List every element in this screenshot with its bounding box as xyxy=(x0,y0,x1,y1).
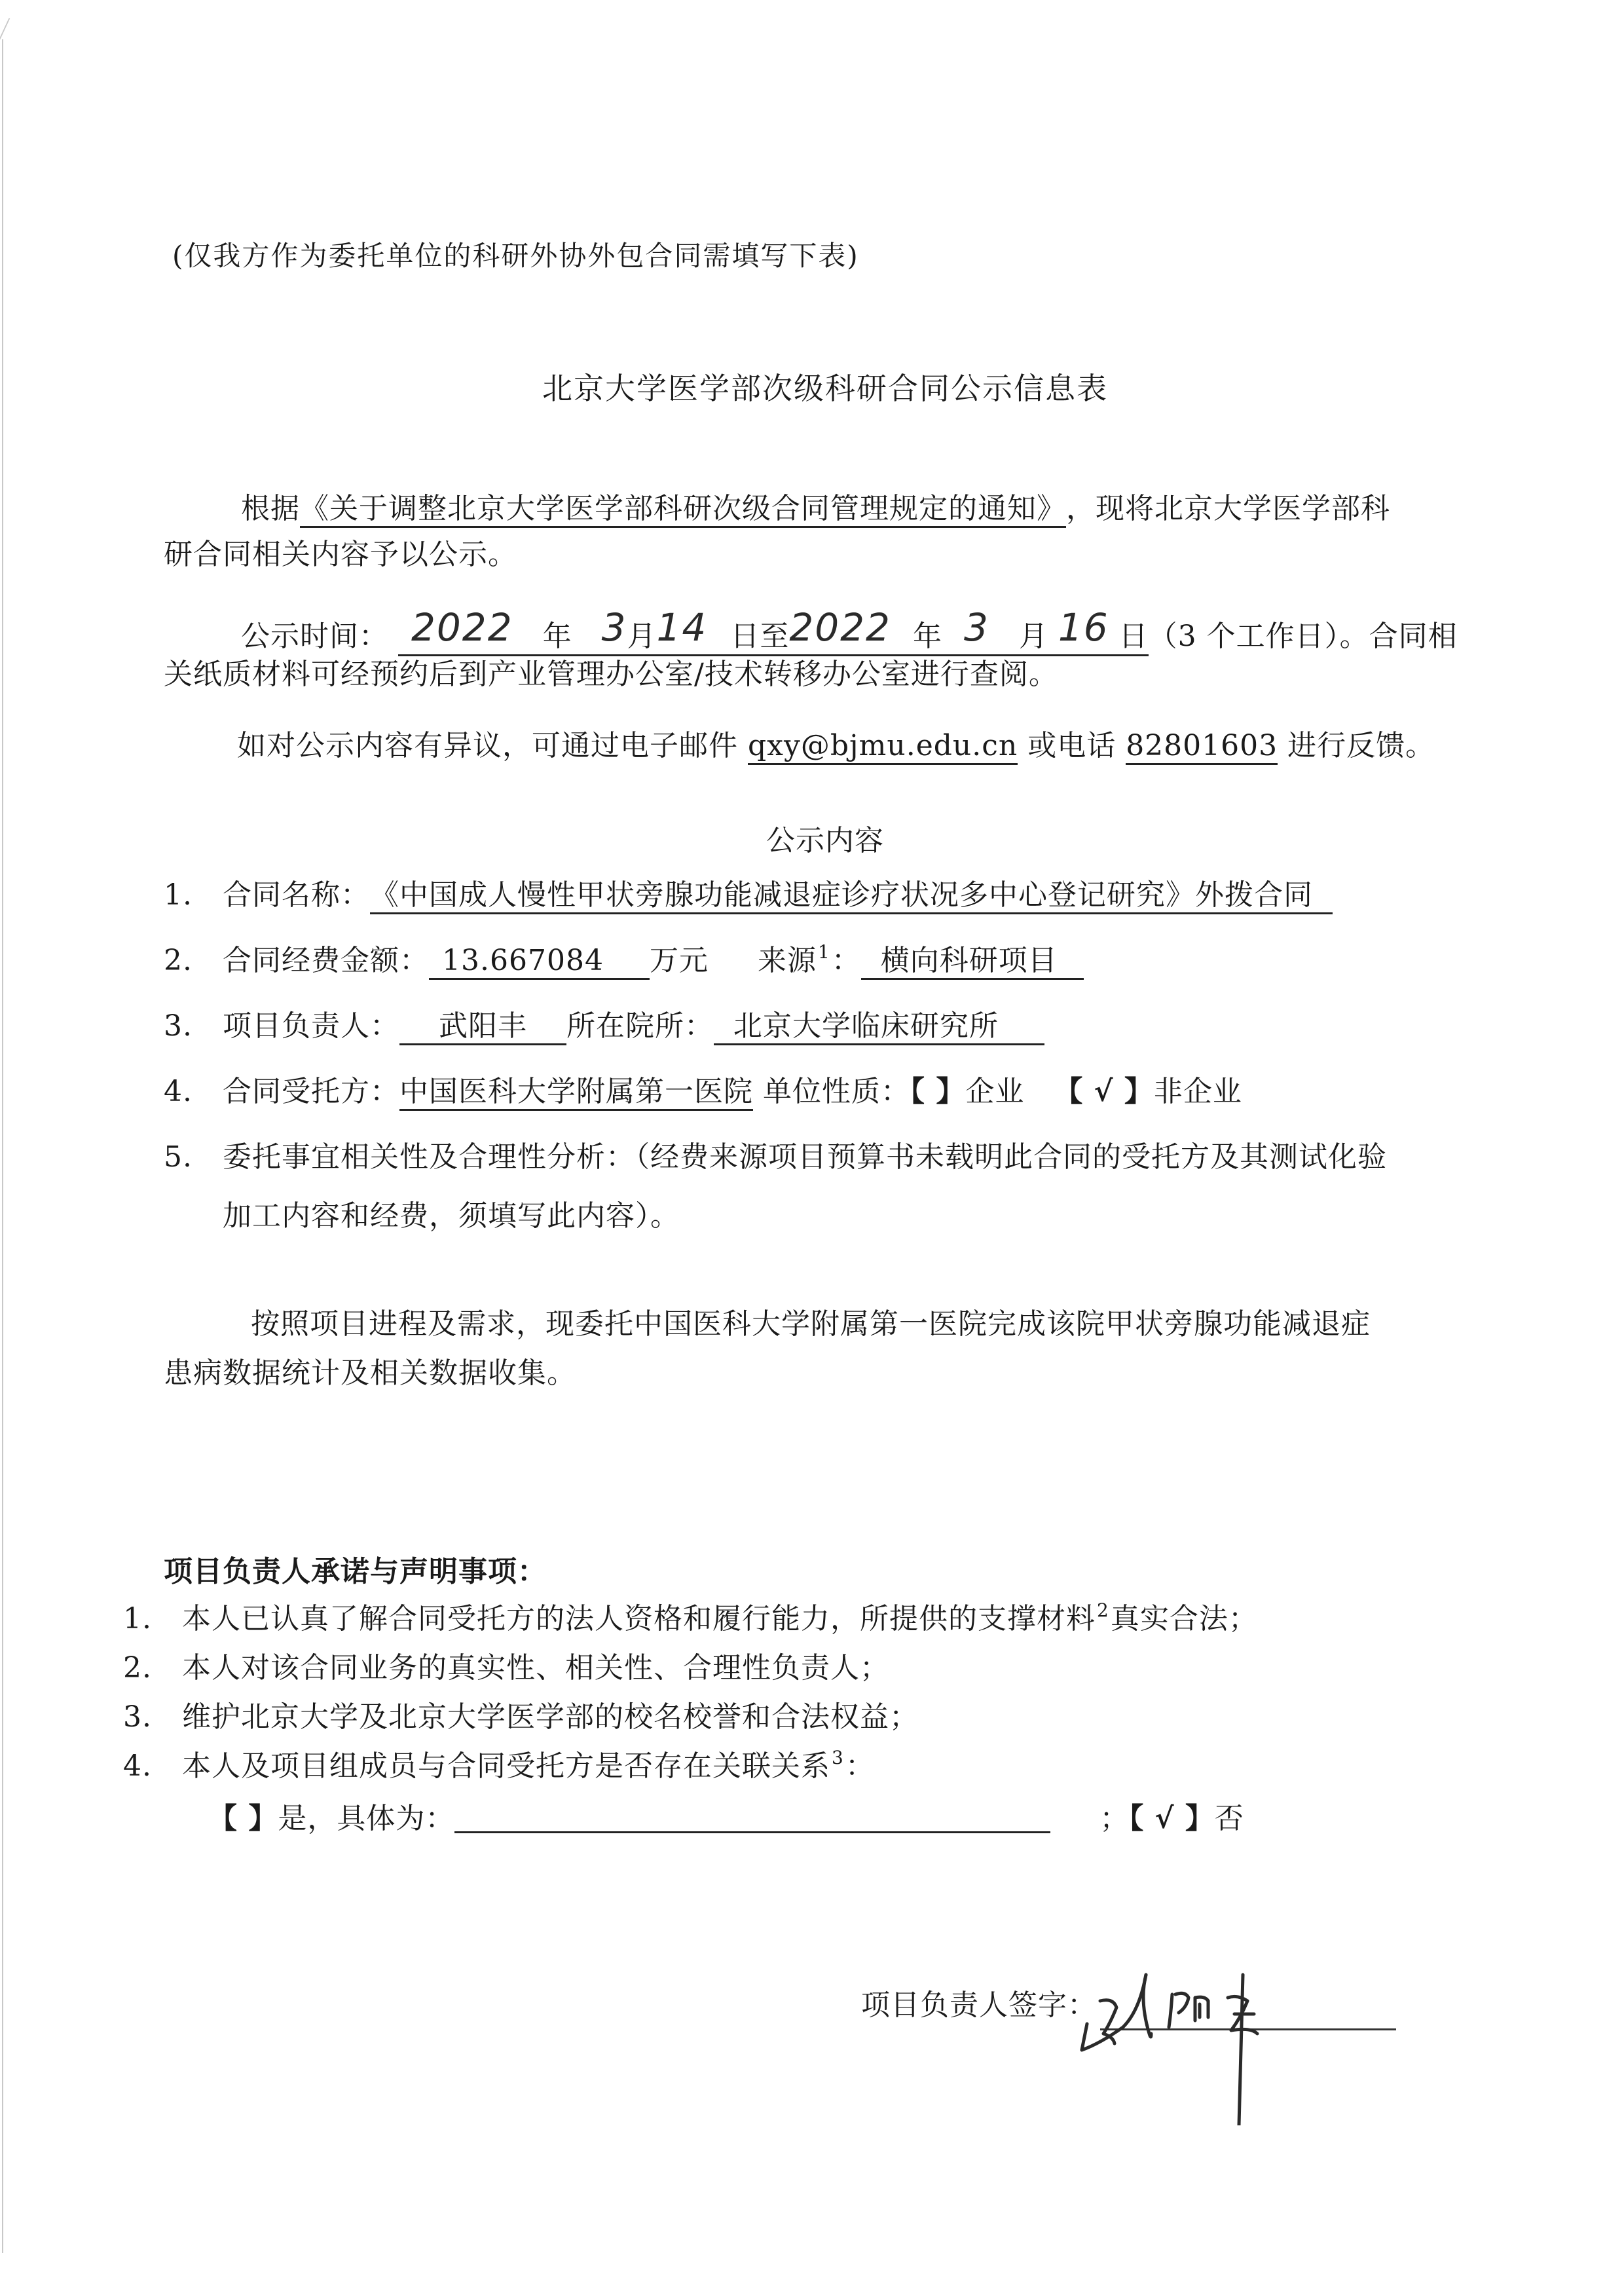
item-label: 合同经费金额： xyxy=(223,944,429,977)
pledge-item-3: 3.维护北京大学及北京大学医学部的校名校誉和合法权益； xyxy=(123,1703,919,1732)
feedback-line: 如对公示内容有异议，可通过电子邮件 qxy@bjmu.edu.cn 或电话 82… xyxy=(237,732,1435,765)
relation-no-checkbox[interactable]: 【 √ 】 xyxy=(1129,1802,1215,1835)
non-enterprise-checkbox[interactable]: 【 √ 】 xyxy=(1054,1075,1154,1108)
item-trustee: 4.合同受托方：中国医科大学附属第一医院 单位性质：【 】企业 【 √ 】非企业 xyxy=(164,1077,1242,1111)
dept-field[interactable]: 北京大学临床研究所 xyxy=(714,1012,1044,1045)
trustee-field[interactable]: 中国医科大学附属第一医院 xyxy=(399,1077,753,1111)
item-leader: 3.项目负责人：武阳丰所在院所：北京大学临床研究所 xyxy=(164,1012,1044,1045)
signature-label: 项目负责人签字： xyxy=(861,1991,1097,2020)
footnote-ref: 3 xyxy=(832,1747,844,1768)
feedback-phone[interactable]: 82801603 xyxy=(1126,732,1278,765)
year-unit: 年 xyxy=(543,620,572,653)
relation-yes-checkbox[interactable]: 【 】 xyxy=(208,1802,278,1835)
period-suffix: （3 个工作日）。合同相 xyxy=(1149,620,1458,653)
month-unit: 月 xyxy=(1019,620,1048,653)
item-number: 2. xyxy=(164,946,223,975)
pledge-text: 本人对该合同业务的真实性、相关性、合理性负责人； xyxy=(182,1651,889,1685)
item-number: 5. xyxy=(164,1143,223,1172)
period-start-field[interactable]: 2022 年 3月14 日至 xyxy=(398,614,789,656)
end-year-value: 2022 xyxy=(789,605,891,650)
analysis-hint-line-2: 加工内容和经费，须填写此内容）。 xyxy=(223,1202,680,1231)
analysis-hint-line-1: （经费来源项目预算书未载明此合同的受托方及其测试化验 xyxy=(635,1140,1387,1174)
pledge-text-end: ： xyxy=(845,1749,875,1783)
content-heading: 公示内容 xyxy=(0,827,1624,855)
item-number: 2. xyxy=(123,1654,182,1683)
item-label: 委托事宜相关性及合理性分析： xyxy=(223,1140,635,1174)
notice-link[interactable]: 《关于调整北京大学医学部科研次级合同管理规定的通知》 xyxy=(300,494,1066,528)
pledge-text-end: 真实合法； xyxy=(1111,1602,1258,1635)
end-day-value: 16 xyxy=(1058,605,1109,650)
item-analysis: 5.委托事宜相关性及合理性分析：（经费来源项目预算书未载明此合同的受托方及其测试… xyxy=(164,1143,1387,1172)
day-unit-to: 日至 xyxy=(730,620,789,653)
relation-yes-label: 是，具体为： xyxy=(278,1802,454,1835)
intro-line-2: 研合同相关内容予以公示。 xyxy=(164,540,517,569)
item-number: 3. xyxy=(123,1703,182,1732)
item-number: 4. xyxy=(123,1752,182,1781)
analysis-body-line-1: 按照项目进程及需求，现委托中国医科大学附属第一医院完成该院甲状旁腺功能减退症 xyxy=(251,1310,1371,1339)
pledge-heading: 项目负责人承诺与声明事项： xyxy=(164,1558,547,1586)
end-month-value: 3 xyxy=(964,605,989,650)
period-label: 公示时间： xyxy=(241,620,388,653)
item-number: 4. xyxy=(164,1077,223,1106)
item-label: 合同名称： xyxy=(223,878,370,912)
feedback-suffix: 进行反馈。 xyxy=(1278,729,1435,762)
pledge-item-4: 4.本人及项目组成员与合同受托方是否存在关联关系3： xyxy=(123,1752,875,1781)
non-enterprise-option-label: 非企业 xyxy=(1154,1075,1242,1108)
pledge-text: 维护北京大学及北京大学医学部的校名校誉和合法权益； xyxy=(182,1700,919,1734)
item-amount: 2.合同经费金额：13.667084万元 来源1：横向科研项目 xyxy=(164,946,1084,980)
item-contract-name: 1.合同名称：《中国成人慢性甲状旁腺功能减退症诊疗状况多中心登记研究》外拨合同 xyxy=(164,881,1333,914)
item-label: 项目负责人： xyxy=(223,1009,399,1043)
pledge-text: 本人及项目组成员与合同受托方是否存在关联关系 xyxy=(182,1749,830,1783)
pledge-text: 本人已认真了解合同受托方的法人资格和履行能力，所提供的支撑材料 xyxy=(182,1602,1096,1635)
period-end-field[interactable]: 2022 年 3 月 16 日 xyxy=(789,614,1148,656)
relation-detail-input[interactable] xyxy=(454,1802,1050,1833)
amount-unit: 万元 xyxy=(650,944,709,977)
start-year-value: 2022 xyxy=(411,605,513,650)
contract-name-field[interactable]: 《中国成人慢性甲状旁腺功能减退症诊疗状况多中心登记研究》外拨合同 xyxy=(370,881,1333,914)
scan-corner-artifact xyxy=(0,18,24,45)
day-unit: 日 xyxy=(1119,620,1149,653)
item-number: 3. xyxy=(164,1012,223,1041)
item-number: 1. xyxy=(123,1605,182,1633)
footnote-ref: 1 xyxy=(818,941,830,963)
applicability-note: (仅我方作为委托单位的科研外协外包合同需填写下表) xyxy=(172,234,859,274)
start-day-value: 14 xyxy=(657,605,708,650)
year-unit: 年 xyxy=(913,620,942,653)
item-label: 合同受托方： xyxy=(223,1075,399,1108)
analysis-body-line-2: 患病数据统计及相关数据收集。 xyxy=(164,1359,576,1388)
enterprise-option-label: 企业 xyxy=(965,1075,1024,1108)
source-field[interactable]: 横向科研项目 xyxy=(861,946,1084,980)
intro-line-1: 根据《关于调整北京大学医学部科研次级合同管理规定的通知》，现将北京大学医学部科 xyxy=(241,494,1390,528)
page-title: 北京大学医学部次级科研合同公示信息表 xyxy=(0,365,1624,408)
source-label: 来源 xyxy=(758,944,817,977)
period-line-1: 公示时间： 2022 年 3月14 日至 2022 年 3 月 16 日 （3 … xyxy=(241,614,1458,656)
period-line-2: 关纸质材料可经预约后到产业管理办公室/技术转移办公室进行查阅。 xyxy=(164,660,1058,689)
nature-label: 单位性质： xyxy=(763,1075,910,1108)
intro-prefix: 根据 xyxy=(241,492,300,525)
intro-suffix: ，现将北京大学医学部科 xyxy=(1066,492,1390,525)
dept-label: 所在院所： xyxy=(566,1009,714,1043)
relation-row: 【 】是，具体为： ；【 √ 】否 xyxy=(208,1802,1244,1833)
item-number: 1. xyxy=(164,881,223,910)
pledge-item-2: 2.本人对该合同业务的真实性、相关性、合理性负责人； xyxy=(123,1654,889,1683)
relation-no-label: 否 xyxy=(1215,1802,1244,1835)
feedback-prefix: 如对公示内容有异议，可通过电子邮件 xyxy=(237,729,748,762)
feedback-email-link[interactable]: qxy@bjmu.edu.cn xyxy=(748,732,1018,765)
feedback-middle: 或电话 xyxy=(1018,729,1126,762)
footnote-ref: 2 xyxy=(1097,1599,1109,1621)
source-colon: ： xyxy=(832,944,861,977)
handwritten-signature: 武阳丰 xyxy=(1074,1935,1382,2125)
enterprise-checkbox[interactable]: 【 】 xyxy=(910,1075,965,1108)
month-unit: 月 xyxy=(627,620,657,653)
amount-field[interactable]: 13.667084 xyxy=(429,946,650,980)
start-month-value: 3 xyxy=(602,605,627,650)
pledge-item-1: 1.本人已认真了解合同受托方的法人资格和履行能力，所提供的支撑材料2真实合法； xyxy=(123,1605,1258,1633)
separator: ； xyxy=(1099,1802,1129,1835)
leader-field[interactable]: 武阳丰 xyxy=(399,1012,566,1045)
